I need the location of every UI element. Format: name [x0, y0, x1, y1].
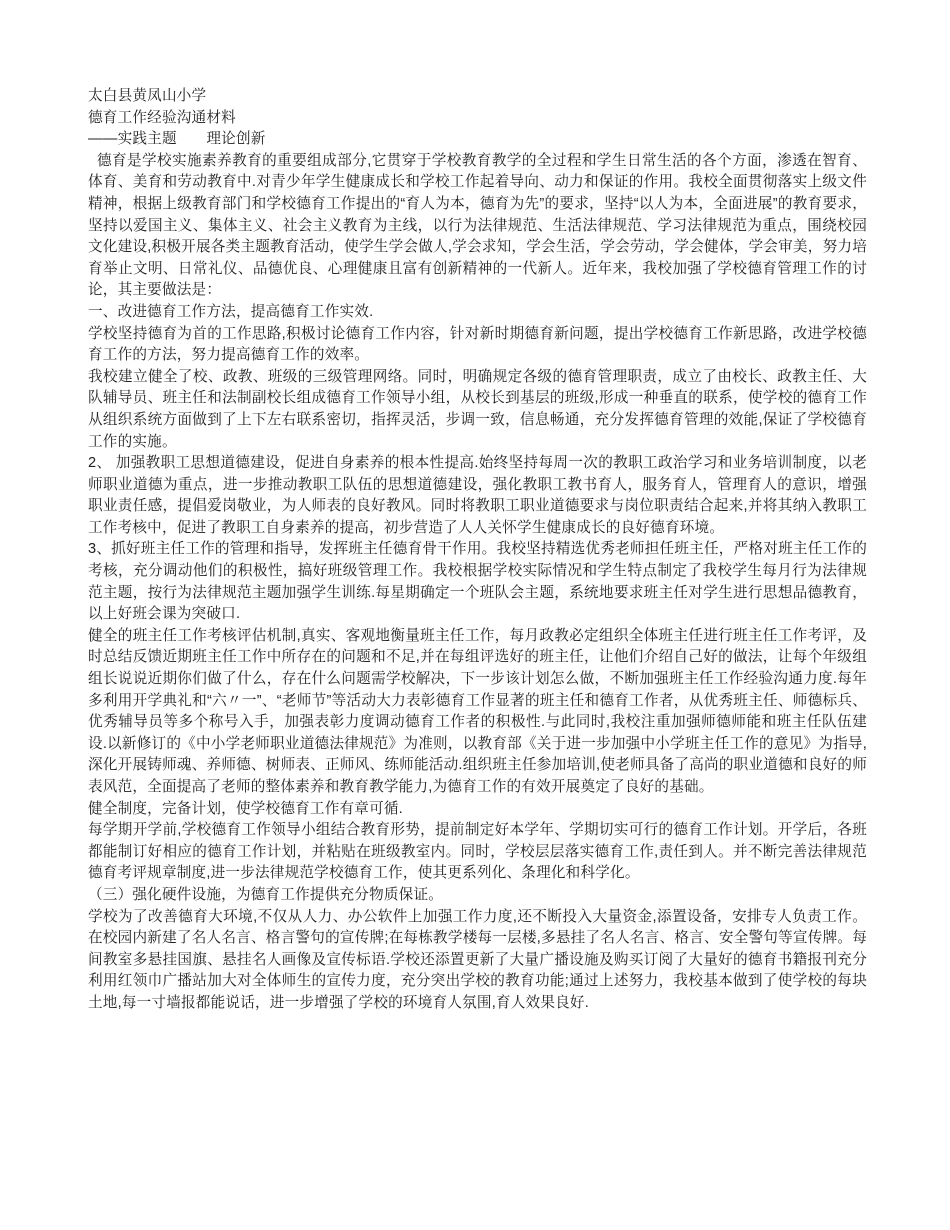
school-name: 太白县黄凤山小学	[88, 86, 867, 108]
document-subtitle: ——实践主题 理论创新	[88, 129, 867, 151]
paragraph: 学校为了改善德育大环境,不仅从人力、办公软件上加强工作力度,还不断投入大量资金,…	[88, 907, 867, 1015]
paragraph: 我校建立健全了校、政教、班级的三级管理网络。同时，明确规定各级的德育管理职责，成…	[88, 367, 867, 453]
document-page: 太白县黄凤山小学 德育工作经验沟通材料 ——实践主题 理论创新 德育是学校实施素…	[0, 0, 950, 1230]
paragraph: 健全的班主任工作考核评估机制,真实、客观地衡量班主任工作，每月政教必定组织全体班…	[88, 626, 867, 799]
paragraph: 每学期开学前,学校德育工作领导小组结合教育形势，提前制定好本学年、学期切实可行的…	[88, 820, 867, 885]
section-heading: （三）强化硬件设施，为德育工作提供充分物质保证。	[88, 885, 867, 907]
document-content: 太白县黄凤山小学 德育工作经验沟通材料 ——实践主题 理论创新 德育是学校实施素…	[88, 86, 867, 1015]
paragraph: 德育是学校实施素养教育的重要组成部分,它贯穿于学校教育教学的全过程和学生日常生活…	[88, 151, 867, 302]
section-heading: 一、改进德育工作方法，提高德育工作实效.	[88, 302, 867, 324]
paragraph: 3、抓好班主任工作的管理和指导，发挥班主任德育骨干作用。我校坚持精选优秀老师担任…	[88, 539, 867, 625]
paragraph: 学校坚持德育为首的工作思路,积极讨论德育工作内容，针对新时期德育新问题，提出学校…	[88, 324, 867, 367]
paragraph: 2、 加强教职工思想道德建设，促进自身素养的根本性提高.始终坚持每周一次的教职工…	[88, 453, 867, 539]
paragraph: 健全制度，完备计划，使学校德育工作有章可循.	[88, 799, 867, 821]
document-title: 德育工作经验沟通材料	[88, 108, 867, 130]
